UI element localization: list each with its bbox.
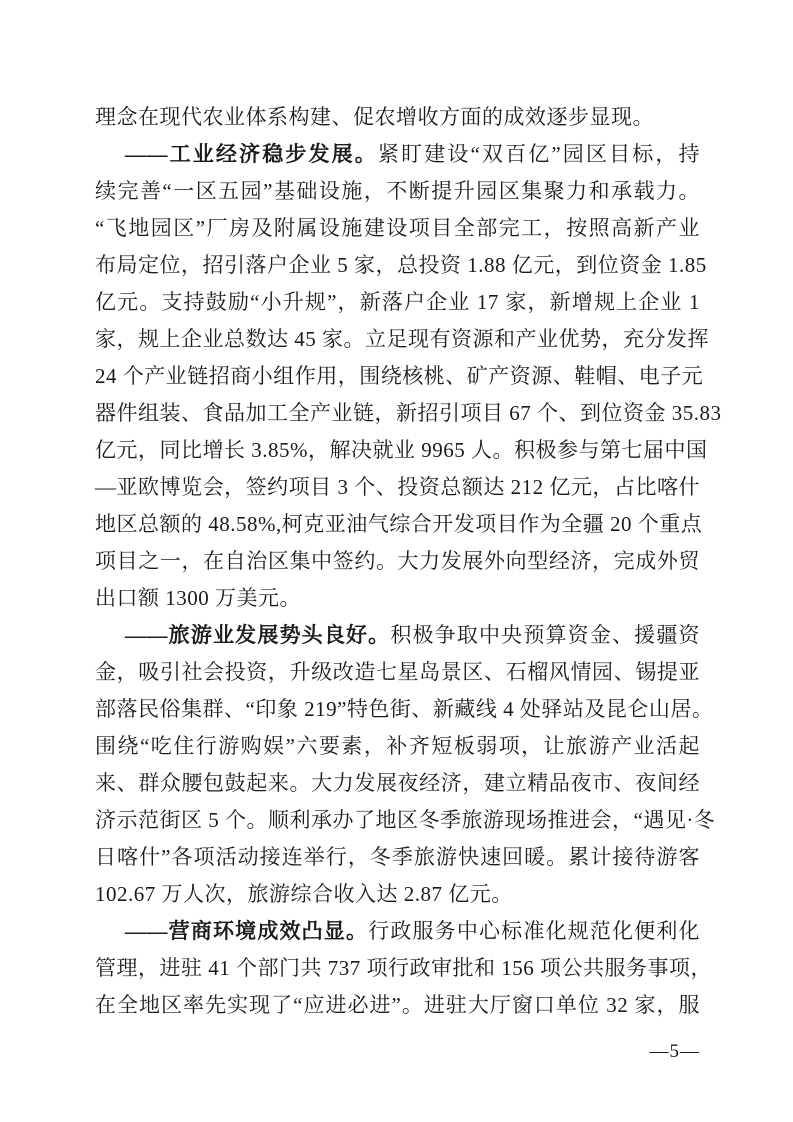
text-line: 在全地区率先实现了“应进必进”。进驻大厅窗口单位 32 家，服 [95,987,700,1024]
text-line: 围绕“吃住行游购娱”六要素，补齐短板弱项，让旅游产业活起 [95,728,700,765]
text-line: ——营商环境成效凸显。行政服务中心标准化规范化便利化 [95,913,700,950]
text-run: 器件组装、食品加工全产业链，新招引项目 67 个、到位资金 35.83 [95,401,722,425]
text-line: 家，规上企业总数达 45 家。立足现有资源和产业优势，充分发挥 [95,321,700,358]
text-run: 部落民俗集群、“印象 219”特色街、新藏线 4 处驿站及昆仑山居。 [95,697,713,721]
text-line: 理念在现代农业体系构建、促农增收方面的成效逐步显现。 [95,99,700,136]
text-line: 来、群众腰包鼓起来。大力发展夜经济，建立精品夜市、夜间经 [95,765,700,802]
text-line: 器件组装、食品加工全产业链，新招引项目 67 个、到位资金 35.83 [95,395,700,432]
text-run: 金，吸引社会投资，升级改造七星岛景区、石榴风情园、锡提亚 [95,660,700,684]
text-run: 续完善“一区五园”基础设施，不断提升园区集聚力和承载力。 [95,179,700,203]
paragraph-agriculture-carryover: 理念在现代农业体系构建、促农增收方面的成效逐步显现。 [95,99,700,136]
text-run: 理念在现代农业体系构建、促农增收方面的成效逐步显现。 [95,105,654,129]
text-run: 亿元。支持鼓励“小升规”，新落户企业 17 家，新增规上企业 1 [95,290,700,314]
text-line: 续完善“一区五园”基础设施，不断提升园区集聚力和承载力。 [95,173,700,210]
text-run: 102.67 万人次，旅游综合收入达 2.87 亿元。 [95,882,513,906]
text-run: 日喀什”各项活动接连举行，冬季旅游快速回暖。累计接待游客 [95,845,700,869]
text-run: 项目之一，在自治区集中签约。大力发展外向型经济，完成外贸 [95,549,700,573]
text-run: 管理，进驻 41 个部门共 737 项行政审批和 156 项公共服务事项， [95,956,712,980]
text-run: 在全地区率先实现了“应进必进”。进驻大厅窗口单位 32 家，服 [95,993,700,1017]
text-line: 济示范街区 5 个。顺利承办了地区冬季旅游现场推进会，“遇见·冬 [95,802,700,839]
text-run: 亿元，同比增长 3.85%，解决就业 9965 人。积极参与第七届中国 [95,438,708,462]
text-run: 积极争取中央预算资金、援疆资 [390,623,700,647]
text-run: 来、群众腰包鼓起来。大力发展夜经济，建立精品夜市、夜间经 [95,771,700,795]
text-line: 项目之一，在自治区集中签约。大力发展外向型经济，完成外贸 [95,543,700,580]
text-run: “飞地园区”厂房及附属设施建设项目全部完工，按照高新产业 [95,216,700,240]
paragraph-heading: ——工业经济稳步发展。 [125,142,378,166]
text-run: 布局定位，招引落户企业 5 家，总投资 1.88 亿元，到位资金 1.85 [95,253,707,277]
text-line: 亿元。支持鼓励“小升规”，新落户企业 17 家，新增规上企业 1 [95,284,700,321]
paragraph-tourism: ——旅游业发展势头良好。积极争取中央预算资金、援疆资金，吸引社会投资，升级改造七… [95,617,700,913]
text-run: 行政服务中心标准化规范化便利化 [368,919,700,943]
text-run: 出口额 1300 万美元。 [95,586,301,610]
text-run: —亚欧博览会，签约项目 3 个、投资总额达 212 亿元，占比喀什 [95,475,700,499]
text-line: ——工业经济稳步发展。紧盯建设“双百亿”园区目标，持 [95,136,700,173]
paragraph-business-environment: ——营商环境成效凸显。行政服务中心标准化规范化便利化管理，进驻 41 个部门共 … [95,913,700,1024]
text-line: ——旅游业发展势头良好。积极争取中央预算资金、援疆资 [95,617,700,654]
text-run: 济示范街区 5 个。顺利承办了地区冬季旅游现场推进会，“遇见·冬 [95,808,715,832]
document-body: 理念在现代农业体系构建、促农增收方面的成效逐步显现。——工业经济稳步发展。紧盯建… [95,99,700,1024]
paragraph-heading: ——营商环境成效凸显。 [125,919,368,943]
text-line: 部落民俗集群、“印象 219”特色街、新藏线 4 处驿站及昆仑山居。 [95,691,700,728]
text-line: 24 个产业链招商小组作用，围绕核桃、矿产资源、鞋帽、电子元 [95,358,700,395]
text-line: 日喀什”各项活动接连举行，冬季旅游快速回暖。累计接待游客 [95,839,700,876]
paragraph-heading: ——旅游业发展势头良好。 [125,623,390,647]
document-page: 理念在现代农业体系构建、促农增收方面的成效逐步显现。——工业经济稳步发展。紧盯建… [0,0,793,1122]
text-line: 出口额 1300 万美元。 [95,580,700,617]
text-run: 紧盯建设“双百亿”园区目标，持 [378,142,700,166]
text-run: 家，规上企业总数达 45 家。立足现有资源和产业优势，充分发挥 [95,327,709,351]
text-line: —亚欧博览会，签约项目 3 个、投资总额达 212 亿元，占比喀什 [95,469,700,506]
text-run: 地区总额的 48.58%,柯克亚油气综合开发项目作为全疆 20 个重点 [95,512,702,536]
text-line: 金，吸引社会投资，升级改造七星岛景区、石榴风情园、锡提亚 [95,654,700,691]
text-run: 围绕“吃住行游购娱”六要素，补齐短板弱项，让旅游产业活起 [95,734,700,758]
text-run: 24 个产业链招商小组作用，围绕核桃、矿产资源、鞋帽、电子元 [95,364,703,388]
page-number: —5— [650,1040,701,1064]
text-line: 102.67 万人次，旅游综合收入达 2.87 亿元。 [95,876,700,913]
text-line: 布局定位，招引落户企业 5 家，总投资 1.88 亿元，到位资金 1.85 [95,247,700,284]
text-line: 地区总额的 48.58%,柯克亚油气综合开发项目作为全疆 20 个重点 [95,506,700,543]
text-line: “飞地园区”厂房及附属设施建设项目全部完工，按照高新产业 [95,210,700,247]
paragraph-industry: ——工业经济稳步发展。紧盯建设“双百亿”园区目标，持续完善“一区五园”基础设施，… [95,136,700,617]
text-line: 亿元，同比增长 3.85%，解决就业 9965 人。积极参与第七届中国 [95,432,700,469]
text-line: 管理，进驻 41 个部门共 737 项行政审批和 156 项公共服务事项， [95,950,700,987]
